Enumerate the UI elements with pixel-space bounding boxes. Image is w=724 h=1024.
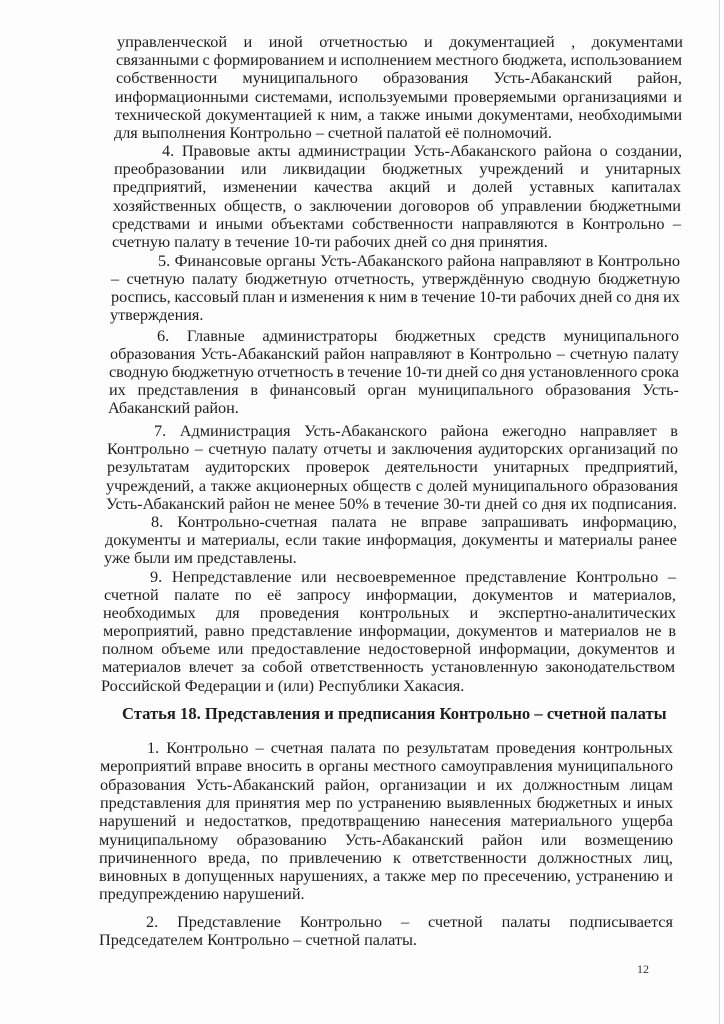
text-line: мероприятийвправевноситьворганыместногос… <box>100 757 673 775</box>
text-line: собственностимуниципальногообразованияУс… <box>116 69 682 87</box>
document-page: управленческойиинойотчетностьюидокумента… <box>0 0 724 1024</box>
text-line: своднуюбюджетнуюотчетностьвтечение10-тид… <box>109 363 679 381</box>
text-line: хозяйственныхобществ,озаключениидоговоро… <box>113 197 681 215</box>
text-line: связаннымисформированиемиисполнениеммест… <box>116 51 682 69</box>
text-line: мероприятий,равнопредставлениеинформации… <box>103 622 676 640</box>
text-line: техническойдокументациейкним,атакжеиными… <box>115 106 682 124</box>
text-line: 4.ПравовыеактыадминистрацииУсть-Абаканск… <box>162 142 682 160</box>
text-line: Российской Федерации и (или) Республики … <box>101 677 674 695</box>
text-line: 1.Контрольно–счетнаяпалатапорезультатамп… <box>147 739 673 757</box>
text-line: нарушенийинедостатков,предотвращениюнане… <box>99 812 673 830</box>
text-line: 9.Непредставлениеилинесвоевременноепредс… <box>150 568 676 586</box>
text-line: утверждения. <box>110 306 679 324</box>
text-line: полномобъемеилипредоставлениенедостоверн… <box>102 640 675 658</box>
text-line: материаловвлечетзасобойответственностьус… <box>102 658 675 676</box>
text-line: управленческойиинойотчетностьюидокумента… <box>117 33 683 51</box>
text-line: Усть-Абаканскийрайоннеменее50%втечение30… <box>106 495 677 513</box>
text-line: Контрольно–счетнуюпалатуотчетыизаключени… <box>107 440 678 458</box>
text-line: уже были им представлены. <box>104 549 676 567</box>
article-heading: Статья 18. Представления и предписания К… <box>122 704 667 724</box>
text-line: ихпредставлениявфинансовыйорганмуниципал… <box>109 381 679 399</box>
text-line: роспись,кассовыйпланиизменениякнимвтечен… <box>111 288 680 306</box>
text-line: необходимыхдляпроведенияконтрольныхиэксп… <box>103 604 676 622</box>
text-line: Председателем Контрольно – счетной палат… <box>99 931 673 949</box>
page-edge-line <box>719 0 720 1024</box>
text-line: образованияУсть-Абаканскийрайоннаправляю… <box>110 345 679 363</box>
text-line: представлениядляпринятиямерпоустранениюв… <box>100 794 673 812</box>
text-line: счетную палату в течение 10-ти рабочих д… <box>112 233 681 251</box>
text-line: образованияУсть-Абаканскийрайон,организа… <box>100 776 673 794</box>
text-line: предприятий,изменениикачестваакцийидолей… <box>113 178 681 196</box>
text-line: муниципальномуобразованиюУсть-Абаканский… <box>99 831 673 849</box>
text-line: 7.АдминистрацияУсть-Абаканскогорайонаеже… <box>154 422 678 440</box>
text-line: учреждений,атакжеакционерныхобществсдоле… <box>106 477 678 495</box>
text-line: счетнойпалатепоеёзапросуинформации,докум… <box>104 586 676 604</box>
text-line: предупреждению нарушений. <box>99 885 673 903</box>
text-line: причиненноговреда,попривлечениюкответств… <box>99 849 673 867</box>
page-number: 12 <box>637 962 649 977</box>
text-line: виновныхвдопущенныхнарушениях,атакжемерп… <box>99 867 673 885</box>
text-line: –счетнуюпалатубюджетнуюотчетность,утверж… <box>111 270 680 288</box>
text-line: 8.Контрольно-счетнаяпалатаневправезапраш… <box>151 513 677 531</box>
text-line: для выполнения Контрольно – счетной пала… <box>114 124 681 142</box>
text-line: средствамииинымиобъектамисобственностина… <box>112 215 681 233</box>
text-line: документыиматериалы,еслитакиеинформация,… <box>105 531 677 549</box>
text-line: 6.Главныеадминистраторыбюджетныхсредствм… <box>157 327 679 345</box>
text-line: преобразованииилиликвидациибюджетныхучре… <box>114 160 681 178</box>
text-line: Абаканский район. <box>108 399 678 417</box>
text-line: информационнымисистемами,используемымипр… <box>115 88 682 106</box>
text-line: результатамаудиторскихпроверокдеятельнос… <box>107 458 678 476</box>
text-line: 5.ФинансовыеорганыУсть-Абаканскогорайона… <box>158 252 680 270</box>
text-line: 2.ПредставлениеКонтрольно–счетнойпалатып… <box>146 913 673 931</box>
